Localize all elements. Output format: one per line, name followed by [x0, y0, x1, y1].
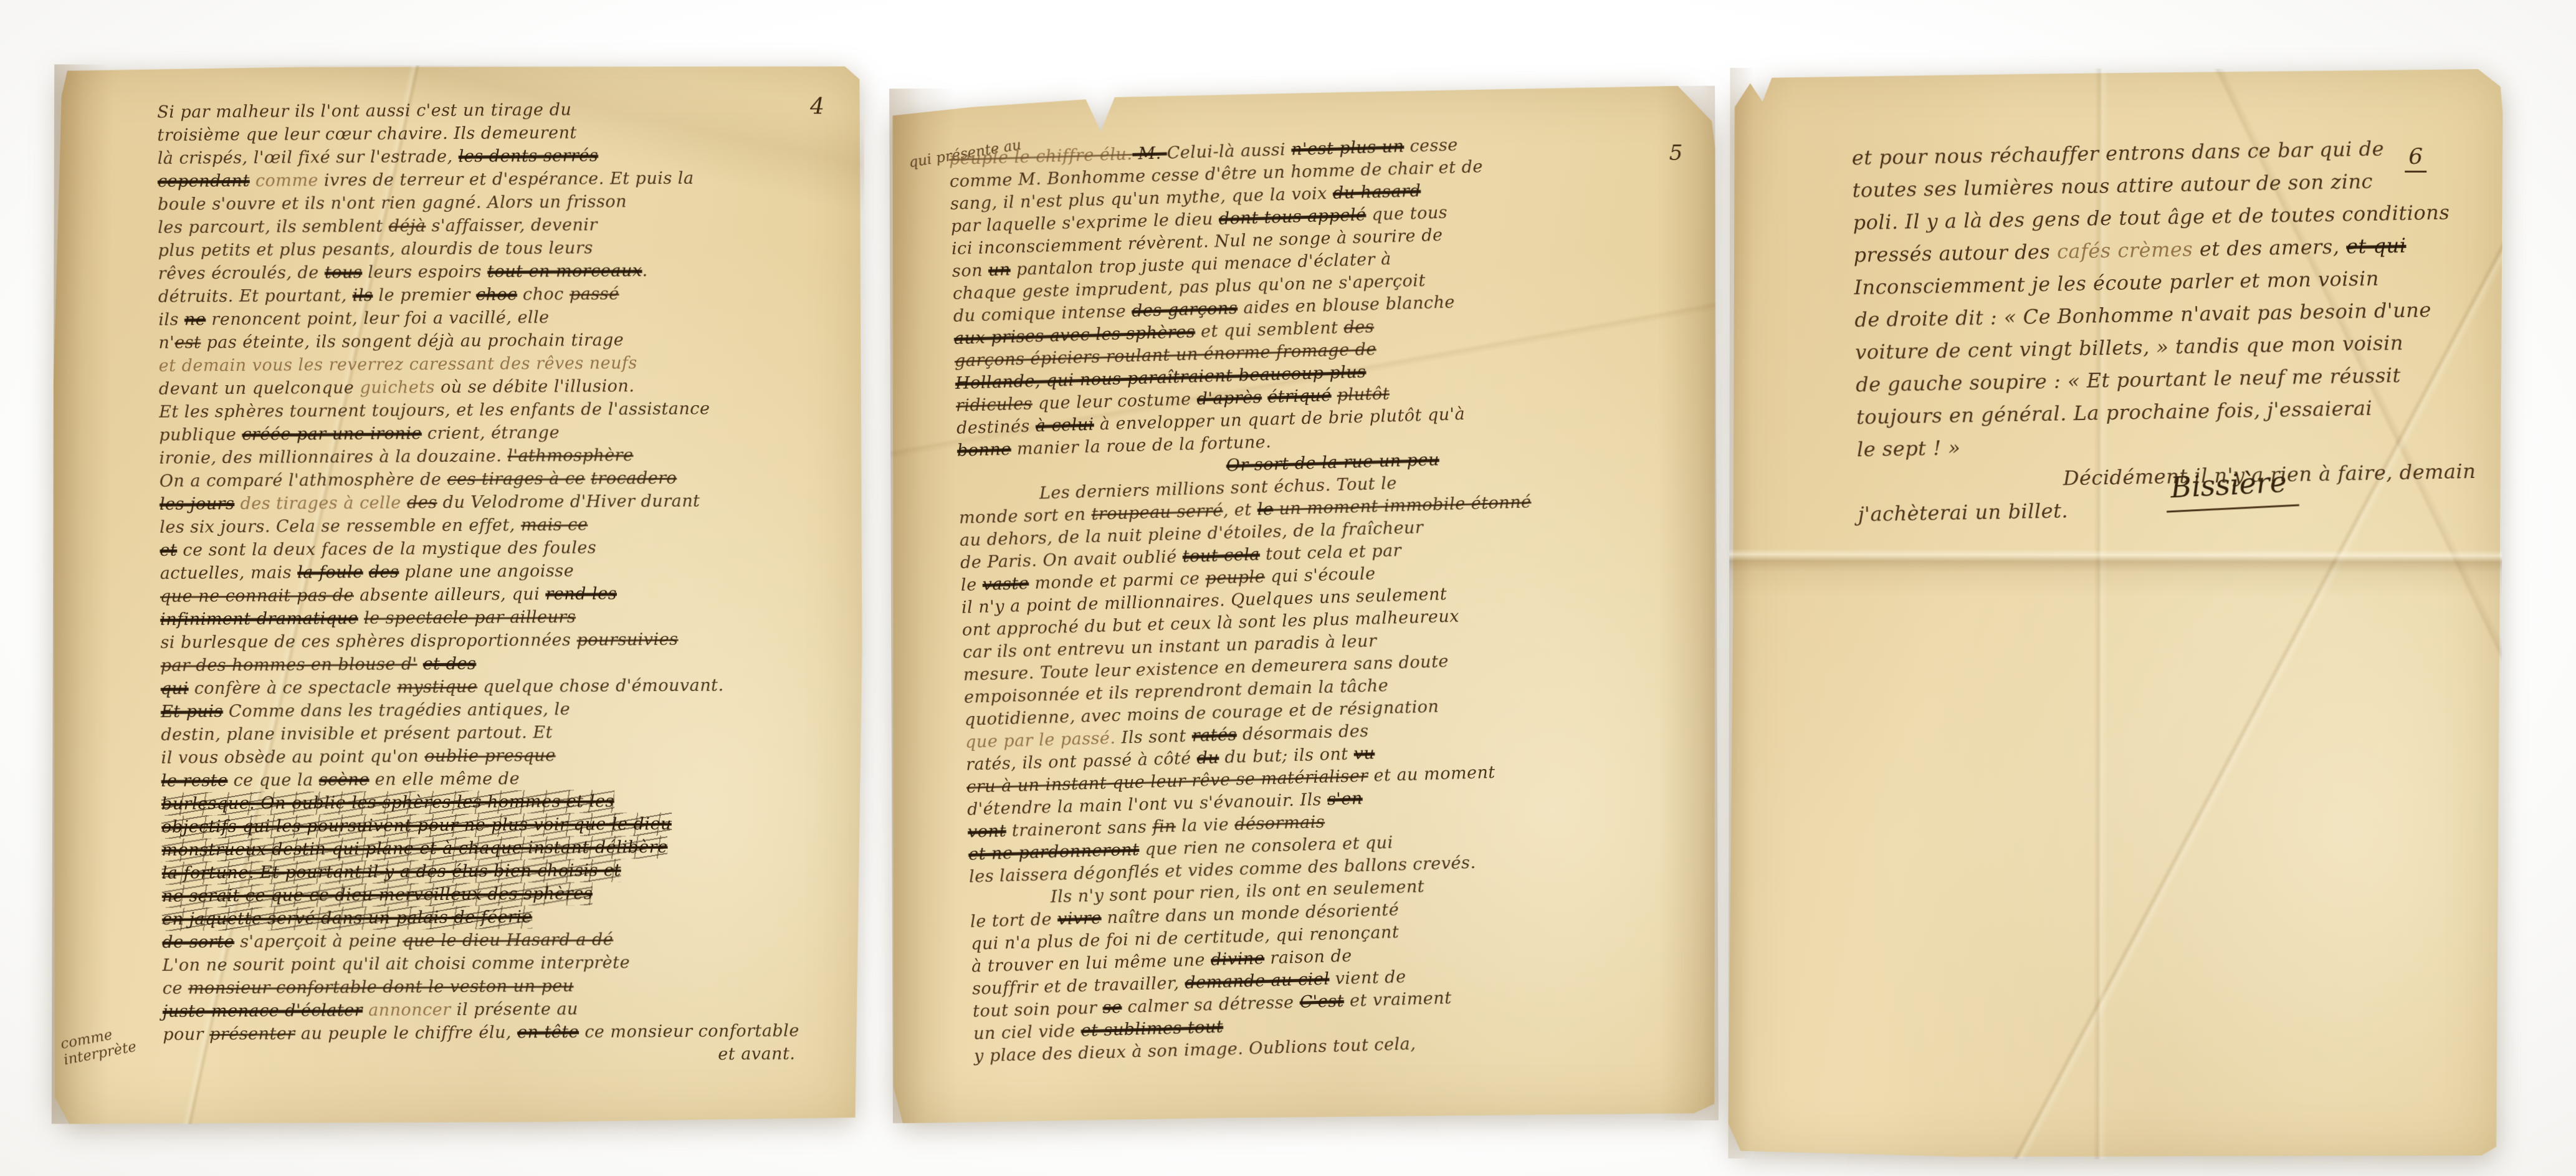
handwritten-text: renoncent point, leur foi a vacillé, ell…	[206, 308, 550, 329]
handwritten-text: du Velodrome d'Hiver durant	[437, 491, 700, 512]
handwritten-text: Celui-là aussi	[1166, 140, 1291, 163]
manuscript-page-6: 6 et pour nous réchauffer entrons dans c…	[1728, 68, 2502, 1160]
handwritten-text: destinés	[956, 416, 1036, 438]
struck-text: un	[988, 260, 1011, 280]
handwritten-text: j'achèterai un billet.	[1858, 499, 2068, 526]
handwritten-text: en jaquette servé dans un palais de féer…	[162, 907, 532, 929]
struck-text: passé	[570, 284, 619, 304]
struck-text: se	[1102, 998, 1122, 1018]
struck-text: dont tous appelé	[1218, 205, 1366, 229]
struck-text: par des hommes en blouse d'	[161, 654, 417, 676]
handwritten-text: Ils sont	[1121, 726, 1192, 747]
struck-text: juste menace d'éclater	[163, 1001, 363, 1021]
handwritten-text: là crispés, l'œil fixé sur l'estrade,	[158, 147, 459, 168]
handwritten-text: pour	[163, 1025, 209, 1044]
struck-text: peuple le chiffre élu.	[948, 145, 1132, 169]
struck-text: désormais	[1234, 813, 1325, 834]
struck-text: vu	[1353, 743, 1375, 763]
handwritten-text	[363, 563, 369, 582]
handwritten-text: On a comparé l'athmosphère de	[160, 470, 447, 491]
handwritten-text: la vie	[1176, 815, 1235, 836]
handwritten-text: vient de	[1329, 967, 1406, 988]
handwritten-text: pressés autour des	[1853, 240, 2057, 267]
handwritten-text: et vraiment	[1343, 988, 1452, 1011]
handwritten-text: aides en blouse blanche	[1238, 292, 1456, 318]
struck-text: cependant	[158, 171, 250, 191]
handwritten-text: qui s'écoule	[1265, 564, 1376, 586]
handwritten-text: et pour nous réchauffer entrons dans ce …	[1851, 136, 2384, 170]
handwritten-text: où se débite l'illusion.	[435, 376, 635, 397]
struck-text: et	[160, 541, 177, 560]
handwritten-text: cafés crèmes	[2057, 237, 2193, 264]
handwritten-text: publique	[159, 425, 242, 445]
handwritten-text: il vous obsède au point qu'on	[161, 747, 424, 768]
struck-text: étriqué	[1267, 386, 1332, 407]
handwritten-text: , et	[1223, 500, 1257, 520]
struck-text: mais ce	[521, 515, 588, 535]
struck-text: en tête	[517, 1023, 579, 1043]
struck-text: le veston un peu	[428, 977, 574, 997]
struck-text: du	[1196, 748, 1219, 768]
struck-text: Or sort de la rue un peu	[1226, 450, 1439, 476]
struck-text: qui	[161, 679, 189, 698]
struck-text: M.	[1132, 143, 1167, 164]
handwritten-text: monde sort en	[959, 505, 1092, 528]
handwritten-text: si burlesque de ces sphères disproportio…	[160, 631, 576, 653]
struck-text: ces tirages à ce	[447, 469, 585, 489]
handwritten-text: Si par malheur ils l'ont aussi c'est un …	[157, 100, 571, 122]
handwritten-text: monstrueux destin qui plane et à chaque …	[161, 838, 667, 860]
struck-text: des	[407, 493, 437, 512]
handwritten-text: troisième que leur cœur chavire. Ils dem…	[157, 123, 577, 145]
handwritten-text: L'on ne sourit point qu'il ait choisi co…	[162, 953, 630, 975]
struck-text: poursuivies	[576, 630, 678, 650]
struck-text: scène	[319, 770, 370, 790]
struck-text: ils	[353, 286, 373, 305]
struck-text: monsieur confortable dont	[188, 977, 428, 998]
struck-text: le spectacle par ailleurs	[364, 608, 576, 628]
struck-text: l'athmosphère	[507, 446, 633, 466]
handwritten-text: ivres de terreur et d'espérance. Et puis…	[318, 168, 694, 190]
struck-text: ridicules	[956, 394, 1033, 415]
handwritten-text: il présente au	[451, 1000, 578, 1020]
handwritten-text: désormais des	[1236, 722, 1369, 745]
struck-text: plutôt	[1337, 384, 1390, 404]
struck-text: ratés	[1191, 725, 1237, 745]
handwritten-text: objectifs qui les poursuivent pour ne pl…	[161, 815, 672, 837]
struck-text: et sublimes tout	[1080, 1017, 1223, 1040]
struck-text: vivre	[1057, 909, 1102, 929]
handwritten-text: Comme dans les tragédies antiques, le	[223, 700, 570, 721]
handwritten-text: ce que la	[227, 770, 319, 790]
handwritten-text: et qui semblent	[1195, 318, 1344, 342]
struck-text: le	[1257, 500, 1273, 520]
struck-text: les dents serrés	[459, 146, 599, 166]
struck-text: oublie presque	[424, 746, 556, 766]
struck-text: infiniment dramatique	[160, 609, 358, 629]
handwritten-text: n'	[158, 333, 174, 353]
struck-text: C'est	[1299, 992, 1344, 1012]
handwritten-text: les parcourt, ils semblent	[158, 216, 389, 237]
struck-text: troupeau serré	[1091, 501, 1223, 524]
struck-text: Et puis	[161, 702, 223, 722]
struck-text: que le dieu Hasard a dé	[403, 930, 613, 950]
manuscript-line: et avant.	[163, 1042, 851, 1069]
struck-text: la foule	[297, 563, 363, 583]
struck-text: ne	[184, 310, 206, 329]
handwritten-text: Inconsciemment je les écoute parler et m…	[1854, 267, 2379, 300]
handwritten-text: le premier	[373, 285, 476, 305]
manuscript-page-4: 4 Si par malheur ils l'ont aussi c'est u…	[52, 64, 864, 1126]
struck-text: d'après	[1196, 388, 1262, 409]
handwritten-text: ce sont la deux faces de la mystique des…	[177, 538, 596, 560]
handwritten-text: des tirages	[234, 494, 343, 514]
struck-text: et des	[423, 654, 477, 674]
struck-text: est	[174, 333, 201, 352]
handwritten-text: le tort de	[970, 910, 1058, 932]
handwritten-text: voiture de cent vingt billets, » tandis …	[1855, 331, 2403, 364]
struck-text: choc	[476, 285, 517, 304]
handwritten-text: traineront sans	[1006, 817, 1152, 841]
handwritten-text: Et les sphères tournent toujours, et les…	[159, 399, 710, 421]
handwritten-text: du but; ils ont	[1219, 744, 1354, 767]
struck-text: tout en morceaux	[487, 261, 642, 282]
handwritten-text: et demain vous les reverrez caressant de…	[159, 353, 637, 376]
handwritten-text	[358, 609, 364, 628]
handwritten-text: au peuple le chiffre élu,	[295, 1023, 517, 1043]
handwritten-text: le sept ! »	[1857, 436, 1961, 461]
handwritten-text: de droite dit : « Ce Bonhomme n'avait pa…	[1854, 298, 2431, 332]
handwritten-text: toujours en général. La prochaine fois, …	[1856, 396, 2373, 429]
struck-text: des garçons	[1132, 299, 1238, 321]
handwritten-text: leurs espoirs	[362, 262, 487, 282]
struck-text: à celui	[1035, 415, 1094, 436]
handwritten-text: le	[961, 575, 983, 595]
struck-text: n'est plus un	[1291, 137, 1405, 160]
handwritten-text: confère à ce spectacle	[189, 677, 398, 698]
handwritten-text: ce monsieur confortable	[579, 1021, 799, 1041]
handwritten-text: et des amers,	[2193, 234, 2347, 261]
handwritten-text: plane une angoisse	[399, 562, 574, 582]
handwritten-text: et au moment	[1368, 763, 1496, 786]
handwritten-text: que par le passé.	[965, 729, 1122, 752]
handwritten-text: que tous	[1366, 203, 1448, 225]
handwritten-text: burlesque. On oublie les sphères les hom…	[161, 791, 614, 813]
handwritten-text: devant un quelconque	[159, 378, 360, 399]
handwritten-text: la fortune. Et pourtant il y a des élus …	[162, 861, 621, 883]
struck-text: créée par une ironie	[242, 424, 422, 444]
handwritten-text: annoncer	[368, 1000, 451, 1020]
struck-text: trocadero	[591, 469, 677, 489]
struck-text: s'en	[1327, 789, 1363, 810]
handwritten-text: guichets	[360, 378, 435, 398]
struck-text: mystique	[397, 677, 477, 697]
struck-text: de sorte	[162, 932, 234, 952]
manuscript-page-lines-1: Si par malheur ils l'ont aussi c'est un …	[157, 97, 851, 1069]
handwritten-text: actuelles, mais	[160, 563, 298, 583]
handwritten-text: un ciel vide	[973, 1021, 1081, 1044]
handwritten-text: tout cela et par	[1260, 541, 1402, 564]
handwritten-text: calmer sa détresse	[1122, 993, 1300, 1017]
struck-text: les jours	[160, 494, 235, 514]
struck-text: et qui	[2346, 234, 2407, 259]
handwritten-text: monde et parmi ce	[1029, 569, 1206, 593]
handwritten-text: .	[642, 261, 647, 280]
struck-text: peuple	[1205, 567, 1265, 588]
struck-text: le reste	[161, 771, 228, 791]
handwritten-text: absente ailleurs, qui	[354, 585, 545, 605]
struck-text: que ne connait pas de	[160, 586, 354, 606]
handwritten-text	[363, 1001, 368, 1020]
handwritten-text: ne serait ce que ce dieu merveilleux des…	[162, 884, 593, 906]
struck-text: et ne pardonneront	[968, 840, 1140, 864]
struck-text: déjà	[389, 216, 426, 236]
handwritten-text: pas éteinte, ils songent déjà au prochai…	[201, 330, 624, 352]
handwritten-text: s'affaisser, devenir	[426, 215, 598, 236]
struck-text: rend les	[545, 584, 617, 604]
handwritten-text: son	[952, 261, 989, 281]
struck-text: tous	[325, 263, 363, 282]
handwritten-text: quelque chose d'émouvant.	[477, 676, 724, 696]
handwritten-text: détruits. Et pourtant,	[158, 286, 353, 307]
struck-text: demande au ciel	[1185, 969, 1330, 992]
handwritten-text: ironie, des millionnaires à la douzaine.	[159, 446, 507, 467]
handwritten-text: toutes ses lumières nous attire autour d…	[1852, 170, 2373, 203]
handwritten-text: s'aperçoit à peine	[234, 931, 403, 952]
struck-text: divine	[1211, 949, 1265, 969]
struck-text: tout cela	[1182, 545, 1260, 566]
struck-text: présenter	[209, 1024, 295, 1044]
struck-text: des	[369, 562, 399, 581]
handwritten-text: à celle	[343, 493, 407, 513]
handwritten-text: que leur costume	[1032, 390, 1197, 413]
handwritten-text: raison de	[1264, 946, 1352, 968]
handwritten-text: en elle même de	[370, 769, 520, 789]
struck-text: vont	[968, 821, 1007, 842]
handwritten-text: destin, plane invisible et présent parto…	[161, 723, 553, 745]
struck-text: fin	[1152, 816, 1176, 836]
handwritten-text: comme	[250, 171, 318, 191]
signature: Bissière	[2165, 464, 2299, 513]
handwritten-text: crient, étrange	[422, 423, 560, 443]
struck-text: vaste	[982, 574, 1029, 595]
handwritten-text: plus petits et plus pesants, alourdis de…	[158, 238, 593, 260]
manuscript-page-5: 5 qui présente au peuple le chiffre élu.…	[889, 86, 1719, 1124]
handwritten-text	[417, 654, 422, 674]
manuscript-page-lines-2: peuple le chiffre élu. M. Celui-là aussi…	[948, 127, 1724, 1068]
handwritten-text: et avant.	[718, 1045, 795, 1064]
struck-text: bonne	[957, 439, 1012, 460]
handwritten-text: tout soin pour	[973, 998, 1103, 1021]
struck-text: des	[1343, 317, 1374, 337]
handwritten-text: rêves écroulés, de	[158, 263, 325, 284]
handwritten-text: les six jours. Cela se ressemble en effe…	[160, 515, 521, 537]
handwritten-text: du comique intense	[953, 302, 1132, 326]
manuscript-photo: { "photo": { "description": "Three pages…	[0, 0, 2576, 1176]
handwritten-text: choc	[517, 285, 570, 305]
handwritten-text: ce	[163, 978, 188, 998]
struck-text: du hasard	[1332, 181, 1421, 203]
handwritten-text: ils	[158, 310, 184, 329]
handwritten-text: cesse	[1404, 135, 1458, 156]
handwritten-text: boule s'ouvre et ils n'ont rien gagné. A…	[158, 192, 627, 214]
handwritten-text: de gauche soupire : « Et pourtant le neu…	[1856, 363, 2401, 396]
